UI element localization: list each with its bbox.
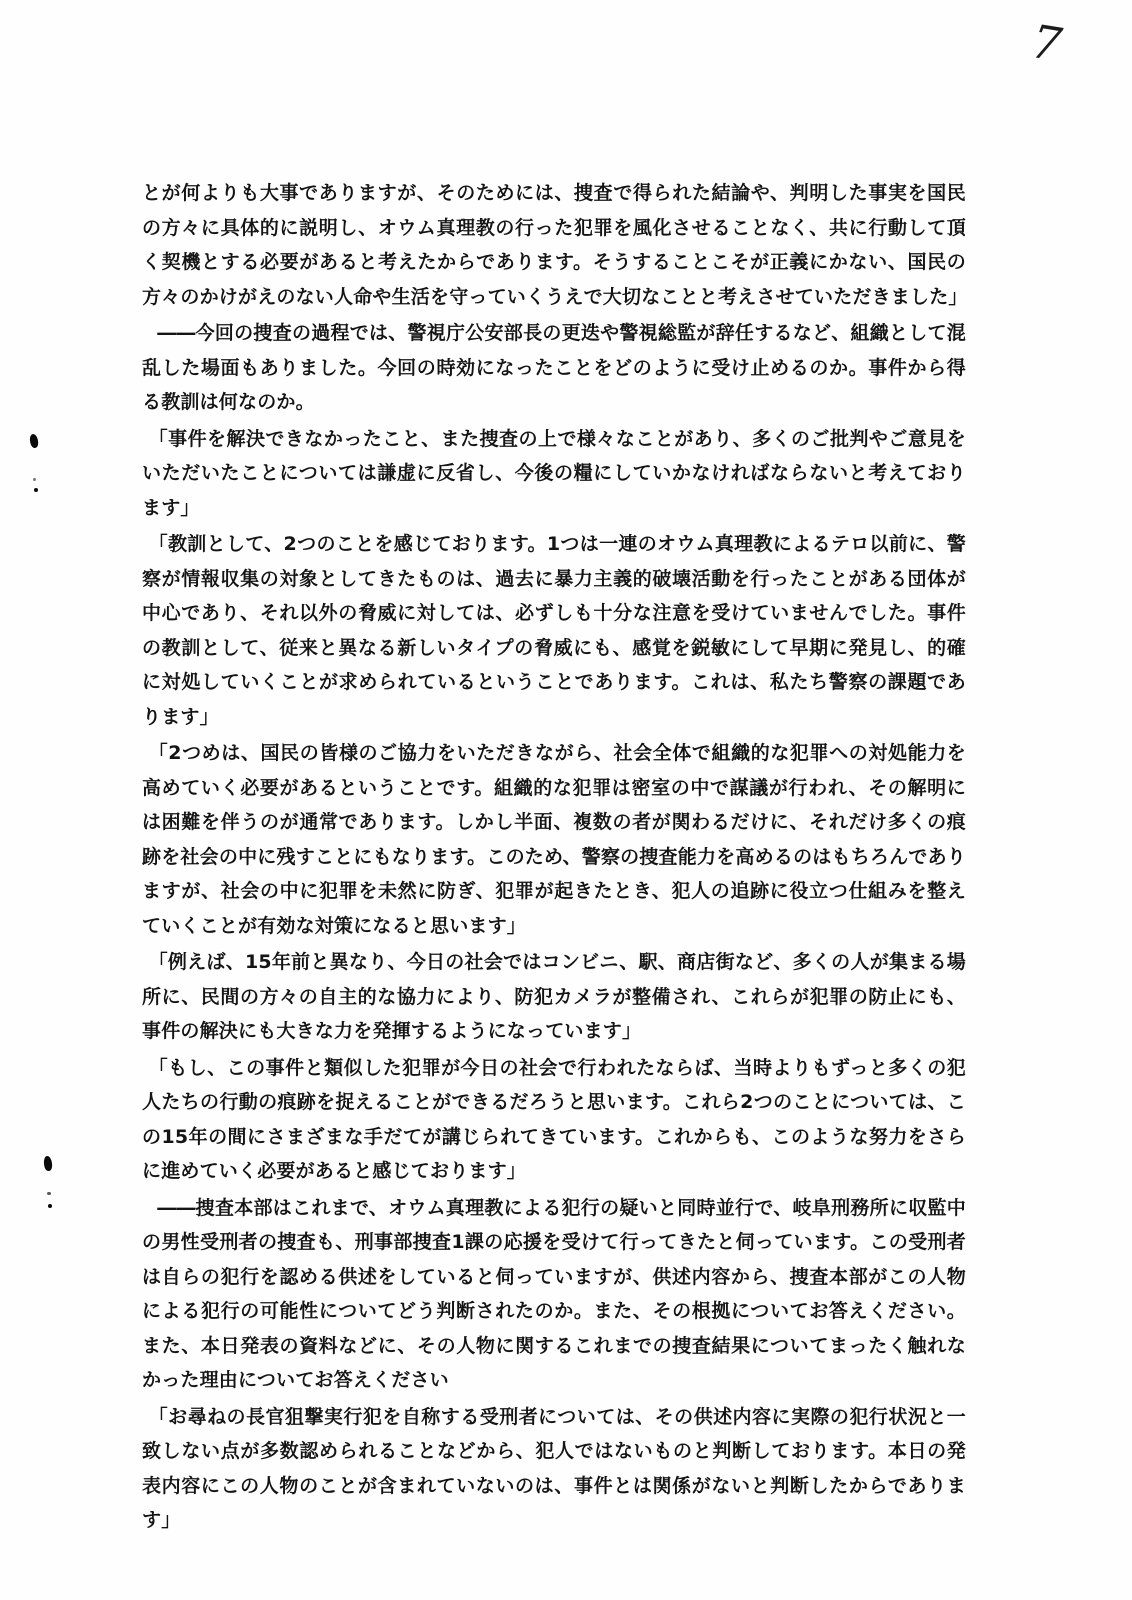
margin-ink-dot — [48, 1204, 52, 1208]
margin-ink-dot — [47, 1192, 51, 1195]
scanned-document-page: 7 とが何よりも大事でありますが、そのためには、捜査で得られた結論や、判明した事… — [0, 0, 1132, 1600]
margin-ink-mark — [43, 1156, 53, 1172]
paragraph-answer: 「教訓として、2つのことを感じております。1つは一連のオウム真理教によるテロ以前… — [142, 527, 966, 734]
paragraph-answer: 「例えば、15年前と異なり、今日の社会ではコンビニ、駅、商店街など、多くの人が集… — [142, 945, 966, 1049]
margin-ink-mark — [28, 433, 39, 449]
handwritten-page-number: 7 — [1028, 14, 1065, 72]
paragraph-question: ――捜査本部はこれまで、オウム真理教による犯行の疑いと同時並行で、岐阜刑務所に収… — [142, 1191, 966, 1398]
paragraph-answer: 「もし、この事件と類似した犯罪が今日の社会で行われたならば、当時よりもずっと多く… — [142, 1051, 966, 1189]
paragraph-answer: 「2つめは、国民の皆様のご協力をいただきながら、社会全体で組織的な犯罪への対処能… — [142, 736, 966, 943]
margin-ink-dot — [33, 478, 36, 481]
transcript-text-block: とが何よりも大事でありますが、そのためには、捜査で得られた結論や、判明した事実を… — [142, 176, 966, 1540]
paragraph-question: ――今回の捜査の過程では、警視庁公安部長の更迭や警視総監が辞任するなど、組織とし… — [142, 316, 966, 420]
paragraph-answer: 「事件を解決できなかったこと、また捜査の上で様々なことがあり、多くのご批判やご意… — [142, 422, 966, 526]
paragraph-answer-continuation: とが何よりも大事でありますが、そのためには、捜査で得られた結論や、判明した事実を… — [142, 176, 966, 314]
margin-ink-dot — [34, 488, 38, 492]
paragraph-answer: 「お尋ねの長官狙撃実行犯を自称する受刑者については、その供述内容に実際の犯行状況… — [142, 1400, 966, 1538]
